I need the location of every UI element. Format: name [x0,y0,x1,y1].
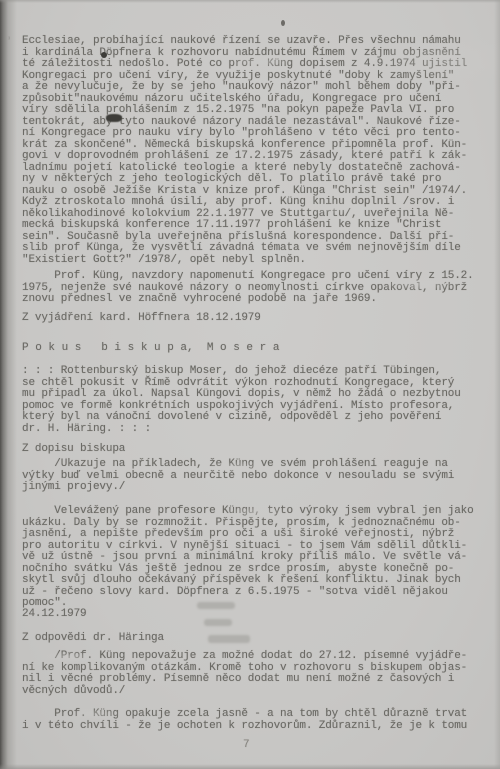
scan-edge-bottom [0,764,500,769]
scan-smudge [208,635,250,643]
subheading-haering-reply: Z odpovědi dr. Häringa [22,633,164,645]
ink-blot [101,52,107,58]
source-line-hoeffner-statement: Z vyjádření kard. Höffnera 18.12.1979 [22,313,261,325]
section-heading-bishop-moser-attempt: P o k u s b i s k u p a, M o s e r a [22,343,279,355]
paragraph-haering-reply: /Prof. Küng nepovažuje za možné dodat do… [22,651,467,697]
paragraph-ecclesiae-proceedings: Ecclesiae, probíhající naukové řízení se… [22,36,467,266]
paragraph-letter-body: Velevážený pane profesore Küngu, tyto vý… [22,506,474,610]
paragraph-kung-dialogue: Prof. Küng opakuje zcela jasně - a na to… [22,709,467,732]
page-number: 7 [243,739,250,751]
ink-blot [106,114,122,122]
paragraph-kung-admonition: Prof. Küng, navzdory napomenutí Kongrega… [22,271,474,306]
scan-smudge [197,602,235,609]
paragraph-letter-summary: /Ukazuje na příkladech, že Küng ve svém … [22,459,454,494]
scan-edge-top [0,0,500,3]
scan-edge-left [0,0,17,769]
scan-speck [281,20,285,26]
subheading-from-bishops-letter: Z dopisu biskupa [22,444,125,456]
scanned-document-page: Ecclesiae, probíhající naukové řízení se… [0,0,500,769]
paragraph-moser-attempt: : : : Rottenburský biskup Moser, do jeho… [22,366,461,435]
date-line: 24.12.1979 [22,609,87,621]
scan-smudge [204,619,232,626]
scan-edge-right [494,0,500,769]
